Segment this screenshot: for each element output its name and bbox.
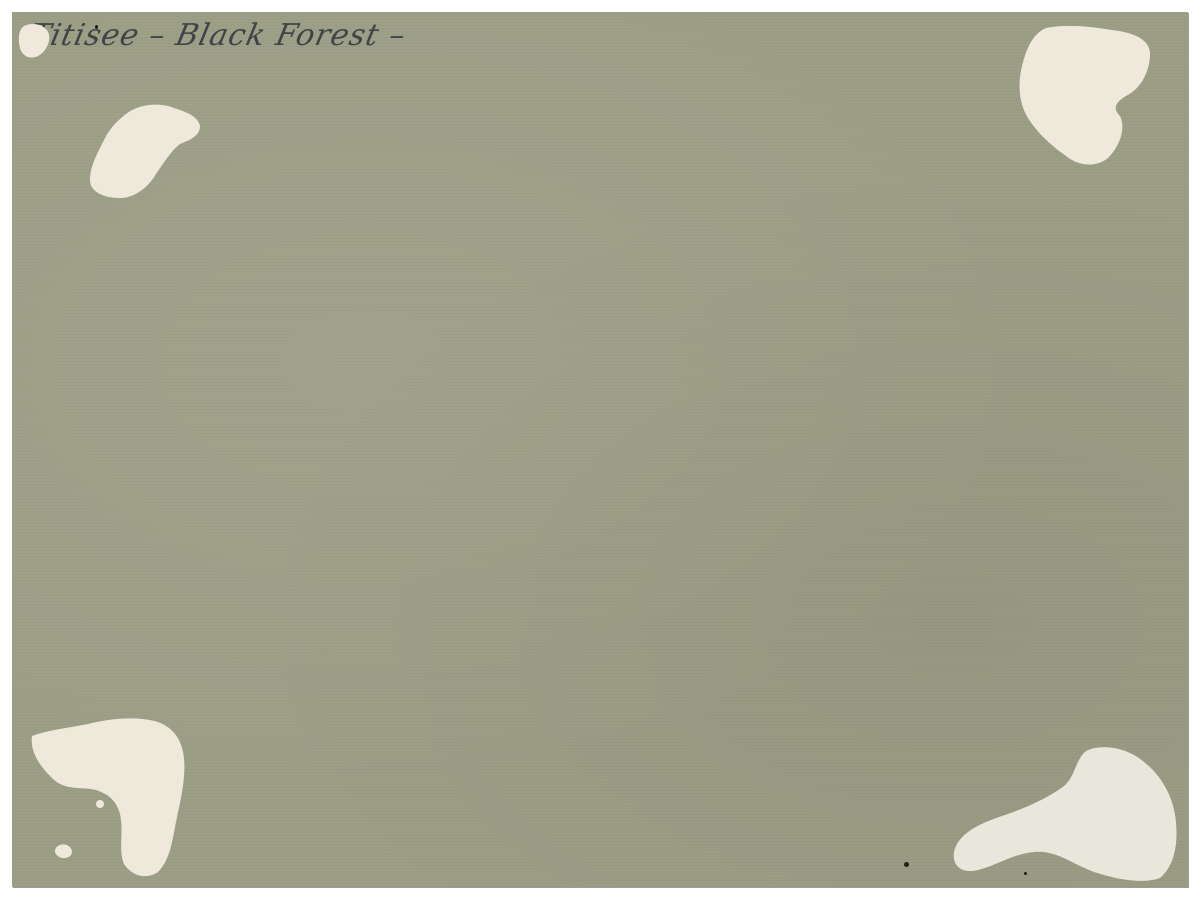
adhesive-residue-top-left-small: [16, 22, 52, 62]
adhesive-residue-bottom-right: [948, 742, 1182, 884]
ink-speck: [95, 25, 98, 29]
adhesive-residue-top-right: [1016, 20, 1156, 172]
ink-speck: [1024, 872, 1027, 875]
adhesive-residue-top-left: [86, 100, 204, 204]
adhesive-residue-bottom-left: [28, 714, 188, 880]
ink-speck: [904, 862, 909, 867]
handwritten-caption: Titisee – Black Forest –: [26, 18, 409, 53]
